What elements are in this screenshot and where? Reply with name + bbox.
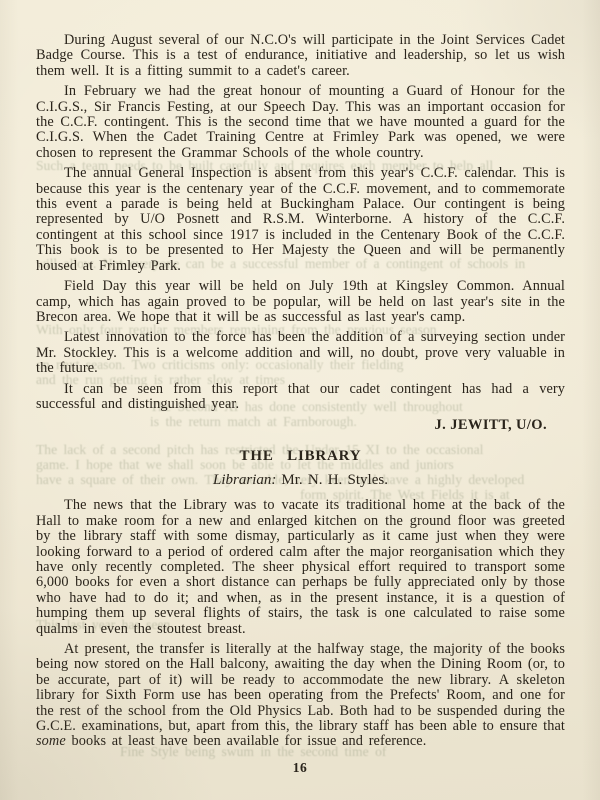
library-paragraph: The news that the Library was to vacate … bbox=[36, 498, 565, 637]
ccf-paragraph: During August several of our N.C.O's wil… bbox=[36, 33, 565, 79]
library-paragraph-text: books at least have been available for i… bbox=[66, 733, 427, 749]
librarian-label: Librarian: bbox=[213, 472, 276, 488]
library-paragraph-text: At present, the transfer is literally at… bbox=[36, 641, 565, 734]
text-column: During August several of our N.C.O's wil… bbox=[36, 33, 565, 755]
emphasized-word: some bbox=[36, 733, 66, 749]
scanned-magazine-page: Such a team needs to be built carefully … bbox=[0, 0, 600, 800]
librarian-name: Mr. N. H. Styles. bbox=[281, 472, 388, 488]
library-paragraph: At present, the transfer is literally at… bbox=[36, 642, 565, 750]
page-number: 16 bbox=[0, 760, 600, 776]
author-signature: J. JEWITT, U/O. bbox=[36, 417, 547, 434]
ccf-paragraph: Field Day this year will be held on July… bbox=[36, 279, 565, 325]
ccf-paragraph: The annual General Inspection is absent … bbox=[36, 166, 565, 274]
ccf-paragraph: Latest innovation to the force has been … bbox=[36, 330, 565, 376]
librarian-byline: Librarian:Mr. N. H. Styles. bbox=[36, 472, 565, 489]
section-heading-the-library: THE LIBRARY bbox=[36, 448, 565, 465]
ccf-paragraph: In February we had the great honour of m… bbox=[36, 84, 565, 161]
ccf-paragraph: It can be seen from this report that our… bbox=[36, 382, 565, 413]
